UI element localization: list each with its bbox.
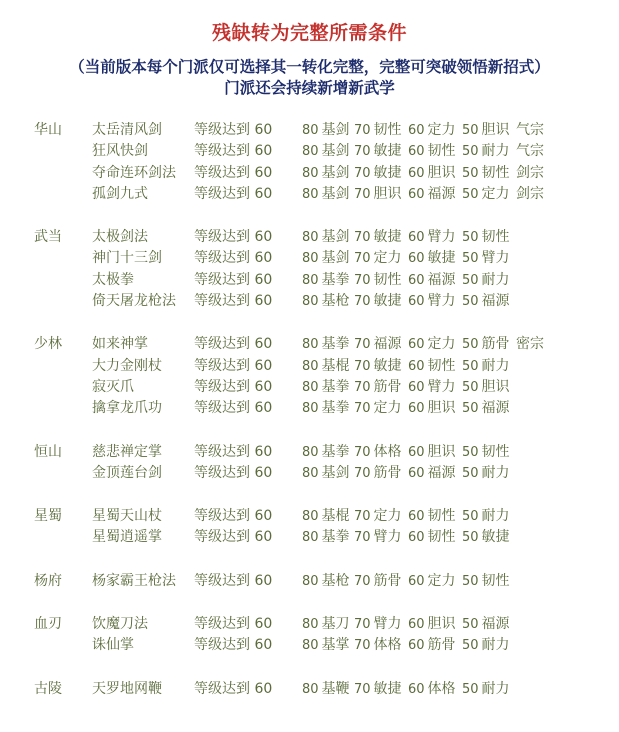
stat-requirement: 50福源 <box>462 398 516 419</box>
sect-name: 武当 <box>34 227 92 248</box>
stat-value: 70 <box>354 123 371 138</box>
stat-value: 70 <box>354 509 371 524</box>
stat-value: 70 <box>354 682 371 697</box>
stat-label: 筋骨 <box>374 465 402 481</box>
school-branch <box>516 527 556 548</box>
stat-requirement: 50耐力 <box>462 679 516 700</box>
sect-group: 星蜀星蜀天山杖等级达到 6080基棍70定力60韧性50耐力星蜀逍遥掌等级达到 … <box>34 506 594 549</box>
sect-group: 武当太极剑法等级达到 6080基剑70敏捷60臂力50韧性神门十三剑等级达到 6… <box>34 227 594 312</box>
stat-requirement: 60定力 <box>408 334 462 355</box>
stat-value: 50 <box>462 294 479 309</box>
stat-value: 80 <box>302 251 319 266</box>
stat-requirement: 80基鞭 <box>302 679 354 700</box>
stat-value: 50 <box>462 273 479 288</box>
stat-value: 80 <box>302 123 319 138</box>
stat-value: 70 <box>354 294 371 309</box>
stat-requirement: 50耐力 <box>462 463 516 484</box>
stat-requirement: 50韧性 <box>462 163 516 184</box>
sect-name: 星蜀 <box>34 506 92 527</box>
stat-value: 60 <box>408 294 425 309</box>
stat-label: 韧性 <box>428 358 456 374</box>
school-branch: 剑宗 <box>516 163 556 184</box>
stat-requirement: 60臂力 <box>408 227 462 248</box>
sect-name <box>34 163 92 184</box>
stat-label: 福源 <box>428 272 456 288</box>
stat-value: 60 <box>408 187 425 202</box>
table-row: 太极拳等级达到 6080基拳70韧性60福源50耐力 <box>34 270 594 291</box>
skill-name: 倚天屠龙枪法 <box>92 291 194 312</box>
stat-value: 80 <box>302 273 319 288</box>
stat-requirement: 70敏捷 <box>354 291 408 312</box>
stat-requirement: 50耐力 <box>462 635 516 656</box>
stat-value: 70 <box>354 166 371 181</box>
stat-requirement: 80基拳 <box>302 527 354 548</box>
stat-value: 50 <box>462 251 479 266</box>
stat-label: 定力 <box>428 573 456 589</box>
stat-label: 筋骨 <box>374 573 402 589</box>
stat-label: 基枪 <box>322 293 350 309</box>
stat-requirement: 70福源 <box>354 334 408 355</box>
table-row: 狂风快剑等级达到 6080基剑70敏捷60韧性50耐力气宗 <box>34 141 594 162</box>
stat-label: 耐力 <box>482 465 510 481</box>
stat-requirement: 50耐力 <box>462 270 516 291</box>
stat-label: 基拳 <box>322 400 350 416</box>
level-requirement: 等级达到 60 <box>194 442 302 463</box>
stat-label: 基拳 <box>322 444 350 460</box>
stat-requirement: 50耐力 <box>462 506 516 527</box>
school-branch <box>516 291 556 312</box>
level-requirement: 等级达到 60 <box>194 270 302 291</box>
sect-name: 古陵 <box>34 679 92 700</box>
stat-label: 福源 <box>428 465 456 481</box>
table-row: 少林如来神掌等级达到 6080基拳70福源60定力50筋骨密宗 <box>34 334 594 355</box>
stat-value: 70 <box>354 574 371 589</box>
stat-requirement: 70定力 <box>354 398 408 419</box>
table-row: 擒拿龙爪功等级达到 6080基拳70定力60胆识50福源 <box>34 398 594 419</box>
stat-label: 筋骨 <box>482 336 510 352</box>
stat-requirement: 50敏捷 <box>462 527 516 548</box>
stat-requirement: 80基拳 <box>302 398 354 419</box>
sect-name <box>34 248 92 269</box>
stat-value: 50 <box>462 638 479 653</box>
stat-requirement: 60福源 <box>408 463 462 484</box>
stat-value: 50 <box>462 187 479 202</box>
table-row: 夺命连环剑法等级达到 6080基剑70敏捷60胆识50韧性剑宗 <box>34 163 594 184</box>
stat-requirement: 50筋骨 <box>462 334 516 355</box>
stat-label: 胆识 <box>428 616 456 632</box>
stat-value: 50 <box>462 337 479 352</box>
stat-value: 80 <box>302 574 319 589</box>
level-requirement: 等级达到 60 <box>194 571 302 592</box>
skill-name: 太岳清风剑 <box>92 120 194 141</box>
skill-name: 孤剑九式 <box>92 184 194 205</box>
stat-label: 韧性 <box>482 573 510 589</box>
level-requirement: 等级达到 60 <box>194 398 302 419</box>
stat-value: 50 <box>462 230 479 245</box>
stat-value: 80 <box>302 638 319 653</box>
school-branch <box>516 398 556 419</box>
school-branch <box>516 571 556 592</box>
stat-requirement: 60定力 <box>408 571 462 592</box>
level-requirement: 等级达到 60 <box>194 679 302 700</box>
table-row: 诛仙掌等级达到 6080基掌70体格60筋骨50耐力 <box>34 635 594 656</box>
school-branch <box>516 227 556 248</box>
stat-label: 福源 <box>482 293 510 309</box>
stat-requirement: 70敏捷 <box>354 141 408 162</box>
subtitle-note-2: 门派还会持续新增新武学 <box>0 76 619 98</box>
stat-value: 60 <box>408 273 425 288</box>
stat-value: 80 <box>302 530 319 545</box>
skill-name: 慈悲禅定掌 <box>92 442 194 463</box>
stat-requirement: 70韧性 <box>354 270 408 291</box>
stat-value: 70 <box>354 230 371 245</box>
stat-value: 70 <box>354 638 371 653</box>
stat-value: 70 <box>354 380 371 395</box>
sect-group: 血刃饮魔刀法等级达到 6080基刀70臂力60胆识50福源诛仙掌等级达到 608… <box>34 614 594 657</box>
sect-group: 恒山慈悲禅定掌等级达到 6080基拳70体格60胆识50韧性金顶莲台剑等级达到 … <box>34 442 594 485</box>
stat-value: 60 <box>408 380 425 395</box>
stat-label: 韧性 <box>482 165 510 181</box>
skill-name: 饮魔刀法 <box>92 614 194 635</box>
sect-name: 少林 <box>34 334 92 355</box>
school-branch <box>516 635 556 656</box>
stat-requirement: 50韧性 <box>462 227 516 248</box>
skill-name: 狂风快剑 <box>92 141 194 162</box>
stat-label: 定力 <box>374 400 402 416</box>
sect-name <box>34 527 92 548</box>
sect-name <box>34 463 92 484</box>
stat-requirement: 70敏捷 <box>354 227 408 248</box>
stat-requirement: 80基枪 <box>302 291 354 312</box>
stat-requirement: 60韧性 <box>408 506 462 527</box>
skill-name: 诛仙掌 <box>92 635 194 656</box>
stat-value: 60 <box>408 574 425 589</box>
stat-value: 80 <box>302 144 319 159</box>
stat-label: 福源 <box>428 186 456 202</box>
stat-label: 耐力 <box>482 272 510 288</box>
stat-label: 基鞭 <box>322 681 350 697</box>
table-row: 孤剑九式等级达到 6080基剑70胆识60福源50定力剑宗 <box>34 184 594 205</box>
stat-label: 基剑 <box>322 122 350 138</box>
stat-value: 50 <box>462 380 479 395</box>
level-requirement: 等级达到 60 <box>194 248 302 269</box>
stat-value: 50 <box>462 530 479 545</box>
stat-label: 基拳 <box>322 336 350 352</box>
school-branch <box>516 356 556 377</box>
school-branch: 剑宗 <box>516 184 556 205</box>
page-title: 残缺转为完整所需条件 <box>0 18 619 45</box>
stat-label: 基掌 <box>322 637 350 653</box>
stat-label: 敏捷 <box>374 293 402 309</box>
stat-label: 基剑 <box>322 229 350 245</box>
stat-label: 耐力 <box>482 508 510 524</box>
level-requirement: 等级达到 60 <box>194 227 302 248</box>
stat-value: 80 <box>302 359 319 374</box>
stat-value: 80 <box>302 187 319 202</box>
skill-name: 太极拳 <box>92 270 194 291</box>
stat-label: 基拳 <box>322 379 350 395</box>
skill-name: 天罗地网鞭 <box>92 679 194 700</box>
stat-requirement: 80基剑 <box>302 227 354 248</box>
stat-label: 基刀 <box>322 616 350 632</box>
stat-requirement: 60韧性 <box>408 141 462 162</box>
stat-value: 80 <box>302 466 319 481</box>
stat-label: 敏捷 <box>374 358 402 374</box>
stat-requirement: 80基拳 <box>302 270 354 291</box>
stat-value: 60 <box>408 466 425 481</box>
stat-requirement: 70定力 <box>354 506 408 527</box>
stat-label: 基拳 <box>322 272 350 288</box>
level-requirement: 等级达到 60 <box>194 506 302 527</box>
stat-value: 50 <box>462 509 479 524</box>
stat-requirement: 70敏捷 <box>354 356 408 377</box>
skill-name: 星蜀逍遥掌 <box>92 527 194 548</box>
skill-name: 太极剑法 <box>92 227 194 248</box>
table-row: 神门十三剑等级达到 6080基剑70定力60敏捷50臂力 <box>34 248 594 269</box>
stat-label: 定力 <box>374 250 402 266</box>
stat-requirement: 60定力 <box>408 120 462 141</box>
stat-value: 70 <box>354 617 371 632</box>
stat-requirement: 70敏捷 <box>354 679 408 700</box>
stat-label: 筋骨 <box>374 379 402 395</box>
stat-requirement: 60筋骨 <box>408 635 462 656</box>
stat-label: 基枪 <box>322 573 350 589</box>
stat-label: 臂力 <box>428 293 456 309</box>
stat-requirement: 80基剑 <box>302 184 354 205</box>
stat-value: 80 <box>302 682 319 697</box>
stat-label: 敏捷 <box>428 250 456 266</box>
stat-value: 80 <box>302 401 319 416</box>
school-branch <box>516 248 556 269</box>
stat-label: 基剑 <box>322 465 350 481</box>
stat-value: 80 <box>302 617 319 632</box>
stat-requirement: 50韧性 <box>462 442 516 463</box>
stat-requirement: 60胆识 <box>408 442 462 463</box>
sect-name <box>34 635 92 656</box>
stat-requirement: 70臂力 <box>354 614 408 635</box>
stat-value: 50 <box>462 617 479 632</box>
subtitle-note: （当前版本每个门派仅可选择其一转化完整，完整可突破领悟新招式） <box>0 55 619 77</box>
stat-requirement: 60臂力 <box>408 377 462 398</box>
stat-value: 50 <box>462 574 479 589</box>
stat-value: 50 <box>462 359 479 374</box>
level-requirement: 等级达到 60 <box>194 334 302 355</box>
stat-requirement: 80基枪 <box>302 571 354 592</box>
stat-requirement: 50胆识 <box>462 377 516 398</box>
stat-label: 胆识 <box>428 444 456 460</box>
stat-label: 敏捷 <box>374 681 402 697</box>
stat-label: 基剑 <box>322 143 350 159</box>
stat-requirement: 80基棍 <box>302 356 354 377</box>
stat-value: 50 <box>462 123 479 138</box>
stat-label: 基剑 <box>322 186 350 202</box>
stat-requirement: 80基剑 <box>302 463 354 484</box>
stat-requirement: 60体格 <box>408 679 462 700</box>
sect-group: 古陵天罗地网鞭等级达到 6080基鞭70敏捷60体格50耐力 <box>34 679 594 700</box>
stat-requirement: 50臂力 <box>462 248 516 269</box>
stat-value: 70 <box>354 144 371 159</box>
stat-value: 60 <box>408 445 425 460</box>
stat-requirement: 80基拳 <box>302 377 354 398</box>
stat-label: 福源 <box>374 336 402 352</box>
stat-requirement: 60胆识 <box>408 398 462 419</box>
stat-value: 80 <box>302 294 319 309</box>
sect-name <box>34 377 92 398</box>
stat-label: 定力 <box>374 508 402 524</box>
table-row: 杨府杨家霸王枪法等级达到 6080基枪70筋骨60定力50韧性 <box>34 571 594 592</box>
stat-value: 80 <box>302 509 319 524</box>
stat-requirement: 60胆识 <box>408 614 462 635</box>
stat-value: 60 <box>408 509 425 524</box>
stat-requirement: 80基剑 <box>302 163 354 184</box>
stat-label: 体格 <box>374 637 402 653</box>
stat-label: 筋骨 <box>428 637 456 653</box>
stat-label: 耐力 <box>482 143 510 159</box>
stat-label: 福源 <box>482 400 510 416</box>
stat-value: 50 <box>462 166 479 181</box>
stat-requirement: 80基拳 <box>302 442 354 463</box>
stat-requirement: 50福源 <box>462 291 516 312</box>
sect-group: 杨府杨家霸王枪法等级达到 6080基枪70筋骨60定力50韧性 <box>34 571 594 592</box>
stat-value: 70 <box>354 445 371 460</box>
stat-value: 50 <box>462 401 479 416</box>
table-row: 古陵天罗地网鞭等级达到 6080基鞭70敏捷60体格50耐力 <box>34 679 594 700</box>
stat-label: 胆识 <box>374 186 402 202</box>
sect-name: 恒山 <box>34 442 92 463</box>
stat-requirement: 60福源 <box>408 184 462 205</box>
level-requirement: 等级达到 60 <box>194 356 302 377</box>
stat-requirement: 70胆识 <box>354 184 408 205</box>
sect-name <box>34 270 92 291</box>
stat-label: 基棍 <box>322 358 350 374</box>
stat-requirement: 70体格 <box>354 442 408 463</box>
skill-name: 寂灭爪 <box>92 377 194 398</box>
stat-value: 50 <box>462 144 479 159</box>
stat-label: 臂力 <box>428 229 456 245</box>
stat-label: 定力 <box>428 336 456 352</box>
stat-value: 80 <box>302 230 319 245</box>
stat-value: 80 <box>302 380 319 395</box>
table-row: 大力金刚杖等级达到 6080基棍70敏捷60韧性50耐力 <box>34 356 594 377</box>
stat-requirement: 50耐力 <box>462 141 516 162</box>
table-row: 倚天屠龙枪法等级达到 6080基枪70敏捷60臂力50福源 <box>34 291 594 312</box>
sect-name <box>34 356 92 377</box>
table-row: 血刃饮魔刀法等级达到 6080基刀70臂力60胆识50福源 <box>34 614 594 635</box>
skill-name: 杨家霸王枪法 <box>92 571 194 592</box>
level-requirement: 等级达到 60 <box>194 291 302 312</box>
skill-name: 星蜀天山杖 <box>92 506 194 527</box>
sect-name <box>34 184 92 205</box>
table-row: 金顶莲台剑等级达到 6080基剑70筋骨60福源50耐力 <box>34 463 594 484</box>
table-row: 星蜀逍遥掌等级达到 6080基拳70臂力60韧性50敏捷 <box>34 527 594 548</box>
stat-value: 60 <box>408 337 425 352</box>
stat-requirement: 60敏捷 <box>408 248 462 269</box>
school-branch <box>516 614 556 635</box>
stat-requirement: 60韧性 <box>408 527 462 548</box>
table-row: 武当太极剑法等级达到 6080基剑70敏捷60臂力50韧性 <box>34 227 594 248</box>
stat-requirement: 50胆识 <box>462 120 516 141</box>
stat-label: 韧性 <box>428 143 456 159</box>
skill-name: 神门十三剑 <box>92 248 194 269</box>
level-requirement: 等级达到 60 <box>194 377 302 398</box>
school-branch: 密宗 <box>516 334 556 355</box>
stat-label: 耐力 <box>482 358 510 374</box>
stat-requirement: 80基掌 <box>302 635 354 656</box>
sect-name: 华山 <box>34 120 92 141</box>
stat-value: 60 <box>408 638 425 653</box>
table-row: 星蜀星蜀天山杖等级达到 6080基棍70定力60韧性50耐力 <box>34 506 594 527</box>
level-requirement: 等级达到 60 <box>194 463 302 484</box>
level-requirement: 等级达到 60 <box>194 141 302 162</box>
school-branch <box>516 506 556 527</box>
school-branch <box>516 679 556 700</box>
stat-value: 60 <box>408 251 425 266</box>
stat-label: 韧性 <box>374 272 402 288</box>
stat-value: 60 <box>408 530 425 545</box>
stat-value: 70 <box>354 337 371 352</box>
school-branch <box>516 377 556 398</box>
level-requirement: 等级达到 60 <box>194 527 302 548</box>
stat-label: 胆识 <box>428 400 456 416</box>
stat-label: 基剑 <box>322 165 350 181</box>
stat-value: 60 <box>408 166 425 181</box>
stat-value: 70 <box>354 251 371 266</box>
stat-label: 韧性 <box>482 229 510 245</box>
stat-value: 50 <box>462 445 479 460</box>
school-branch <box>516 270 556 291</box>
stat-value: 70 <box>354 359 371 374</box>
stat-label: 耐力 <box>482 637 510 653</box>
stat-requirement: 70韧性 <box>354 120 408 141</box>
stat-label: 福源 <box>482 616 510 632</box>
stat-value: 70 <box>354 187 371 202</box>
stat-label: 臂力 <box>374 529 402 545</box>
stat-value: 80 <box>302 445 319 460</box>
sect-name <box>34 291 92 312</box>
stat-label: 臂力 <box>374 616 402 632</box>
stat-value: 60 <box>408 144 425 159</box>
stat-label: 体格 <box>428 681 456 697</box>
stat-requirement: 80基刀 <box>302 614 354 635</box>
sect-name: 杨府 <box>34 571 92 592</box>
stat-requirement: 60胆识 <box>408 163 462 184</box>
stat-requirement: 80基拳 <box>302 334 354 355</box>
skill-name: 擒拿龙爪功 <box>92 398 194 419</box>
stat-requirement: 70筋骨 <box>354 377 408 398</box>
level-requirement: 等级达到 60 <box>194 614 302 635</box>
stat-value: 70 <box>354 401 371 416</box>
stat-requirement: 60臂力 <box>408 291 462 312</box>
stat-requirement: 50福源 <box>462 614 516 635</box>
stat-label: 臂力 <box>428 379 456 395</box>
stat-requirement: 80基剑 <box>302 120 354 141</box>
sect-name <box>34 141 92 162</box>
stat-value: 60 <box>408 359 425 374</box>
stat-requirement: 80基棍 <box>302 506 354 527</box>
skill-name: 夺命连环剑法 <box>92 163 194 184</box>
stat-label: 敏捷 <box>374 143 402 159</box>
stat-value: 70 <box>354 530 371 545</box>
sect-name: 血刃 <box>34 614 92 635</box>
stat-label: 基棍 <box>322 508 350 524</box>
school-branch: 气宗 <box>516 141 556 162</box>
table-row: 寂灭爪等级达到 6080基拳70筋骨60臂力50胆识 <box>34 377 594 398</box>
stat-value: 60 <box>408 617 425 632</box>
level-requirement: 等级达到 60 <box>194 635 302 656</box>
stat-label: 定力 <box>428 122 456 138</box>
stat-requirement: 50耐力 <box>462 356 516 377</box>
stat-label: 敏捷 <box>374 165 402 181</box>
